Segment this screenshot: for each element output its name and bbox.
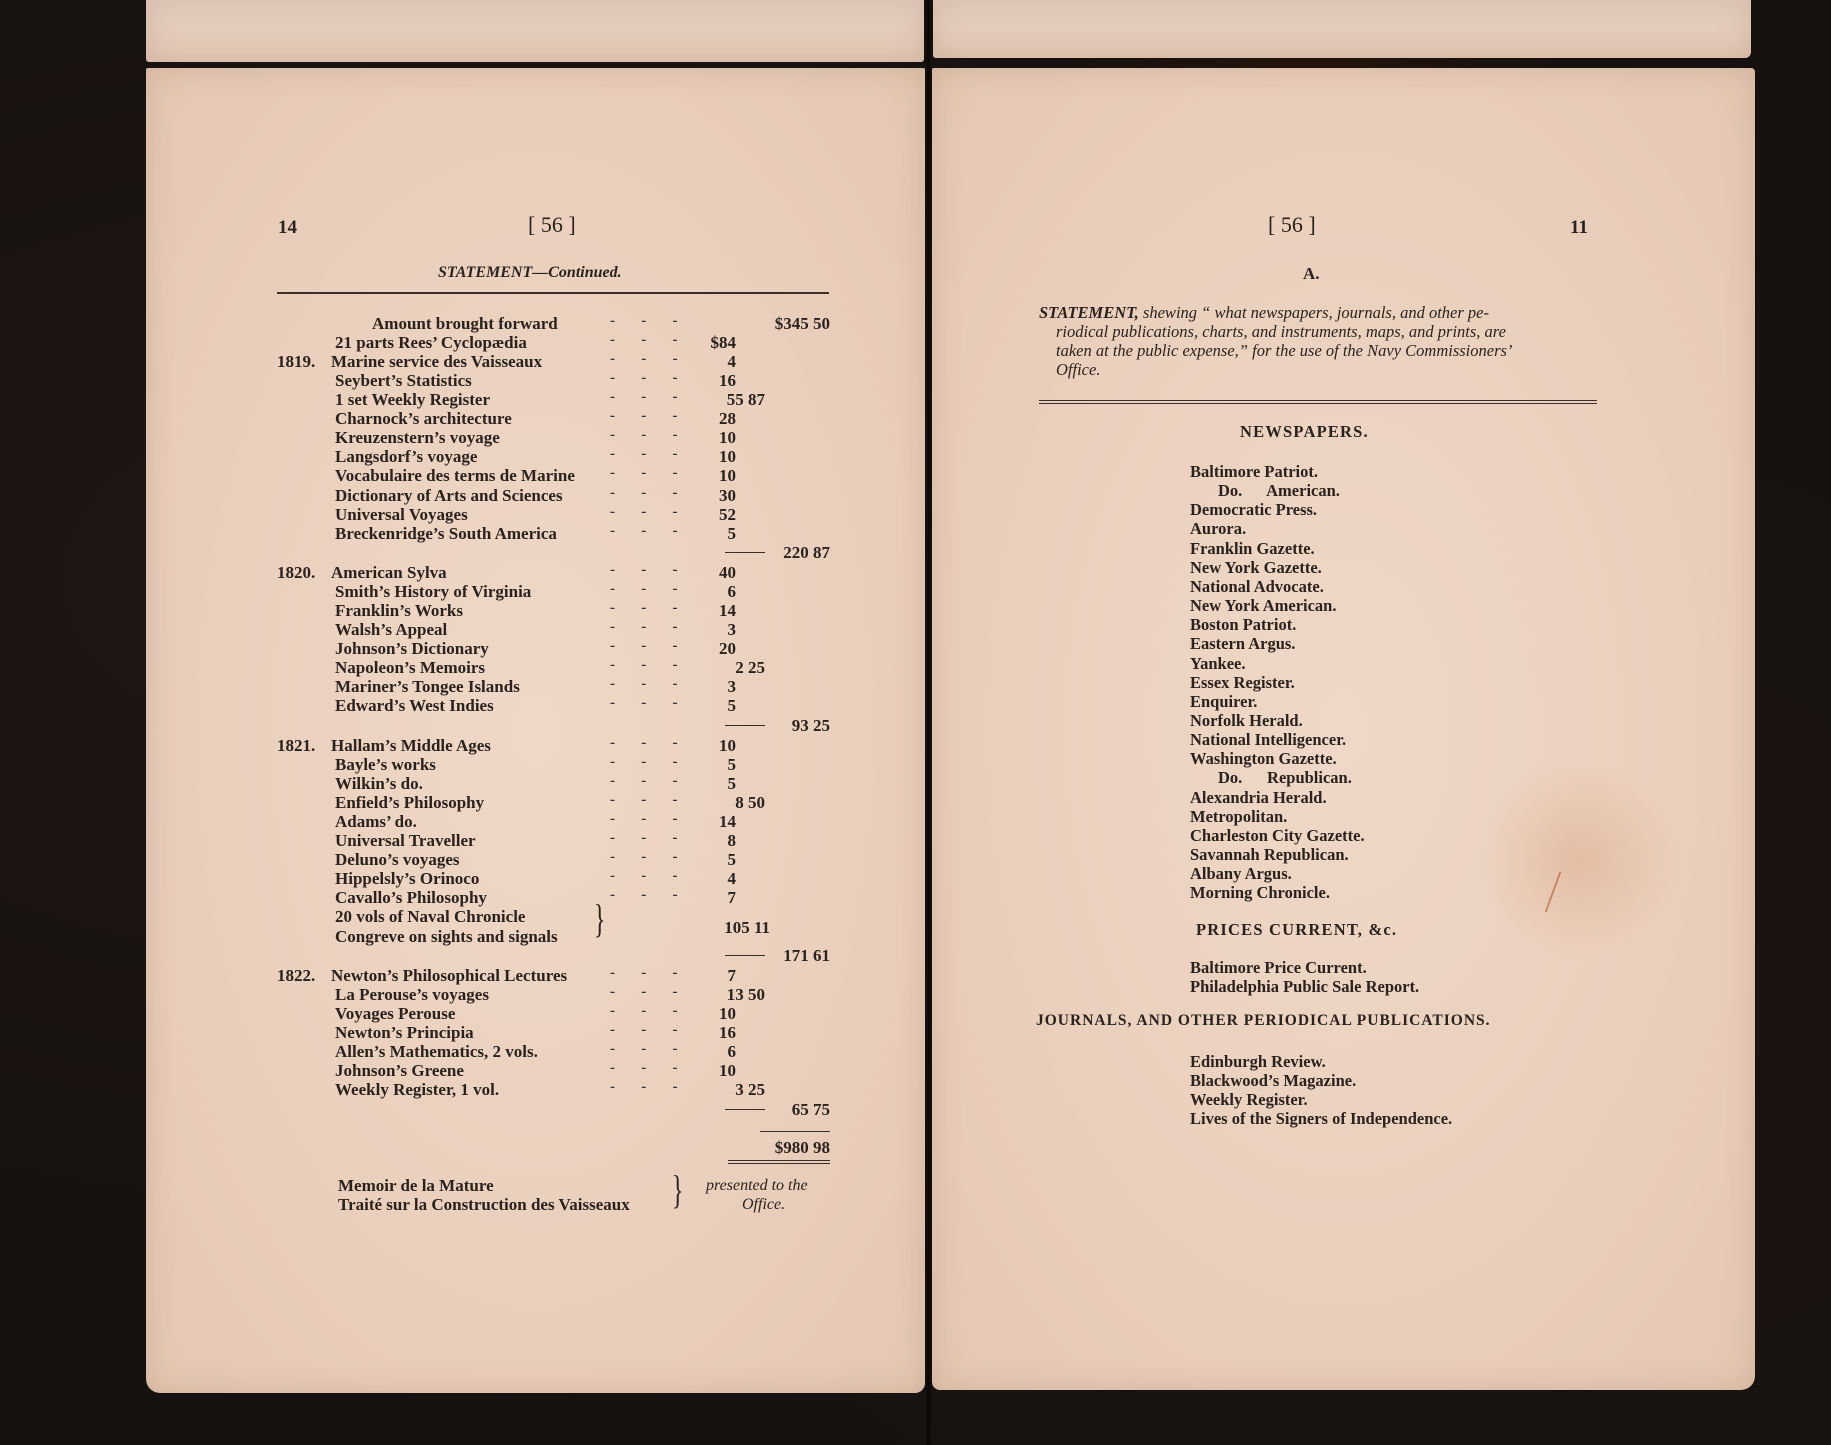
row-amount: 5: [680, 774, 736, 793]
list-item: Metropolitan.: [1190, 807, 1287, 826]
section-title-newspapers: NEWSPAPERS.: [1240, 422, 1369, 442]
leader-dashes: - - -: [610, 389, 678, 406]
leader-dashes: - - -: [610, 638, 678, 655]
right-page: [932, 68, 1755, 1390]
row-amount: 6: [680, 1042, 736, 1061]
leader-dashes: - - -: [610, 619, 678, 636]
leader-dashes: - - -: [610, 830, 678, 847]
list-item: Alexandria Herald.: [1190, 788, 1327, 807]
row-item: Enfield’s Philosophy: [335, 793, 484, 812]
year-subtotal: 93 25: [740, 716, 830, 735]
list-item: Democratic Press.: [1190, 500, 1317, 519]
grand-total: $980 98: [720, 1138, 830, 1157]
leader-dashes: - - -: [610, 695, 678, 712]
list-item: Charleston City Gazette.: [1190, 826, 1365, 845]
header-rule: [1039, 400, 1597, 404]
row-item: Allen’s Mathematics, 2 vols.: [335, 1042, 538, 1061]
row-item: Adams’ do.: [335, 812, 417, 831]
row-item: Cavallo’s Philosophy: [335, 888, 487, 907]
list-item: Blackwood’s Magazine.: [1190, 1071, 1356, 1090]
page-number: 11: [1570, 218, 1588, 237]
row-item: Voyages Perouse: [335, 1004, 455, 1023]
row-item: Napoleon’s Memoirs: [335, 658, 485, 677]
row-amount: 7: [680, 888, 736, 907]
folded-flap-left: [146, 0, 924, 62]
row-item: Dictionary of Arts and Sciences: [335, 486, 563, 505]
leader-dashes: - - -: [610, 1079, 678, 1096]
year-subtotal: 220 87: [740, 543, 830, 562]
row-item: Wilkin’s do.: [335, 774, 423, 793]
row-item: Charnock’s architecture: [335, 409, 512, 428]
row-item: Universal Voyages: [335, 505, 468, 524]
row-item: Smith’s History of Virginia: [335, 582, 531, 601]
brace-icon: }: [594, 899, 606, 939]
row-item: Breckenridge’s South America: [335, 524, 557, 543]
row-item: Marine service des Vaisseaux: [331, 352, 542, 371]
statement-text: riodical publications, charts, and instr…: [1056, 322, 1506, 341]
row-year: 1822.: [277, 966, 315, 985]
statement-intro: STATEMENT, shewing “ what newspapers, jo…: [1039, 303, 1489, 322]
row-item: Bayle’s works: [335, 755, 436, 774]
row-item: 21 parts Rees’ Cyclopædia: [335, 333, 527, 352]
row-item: Hallam’s Middle Ages: [331, 736, 491, 755]
row-amount: 4: [680, 352, 736, 371]
row-amount: 3: [680, 677, 736, 696]
row-item: Walsh’s Appeal: [335, 620, 447, 639]
row-item: American Sylva: [331, 563, 447, 582]
list-item: Enquirer.: [1190, 692, 1257, 711]
row-amount: 4: [680, 869, 736, 888]
row-amount: 14: [680, 601, 736, 620]
document-number: [ 56 ]: [528, 215, 576, 234]
list-item: Yankee.: [1190, 654, 1245, 673]
presented-note: presented to the: [706, 1176, 808, 1195]
leader-dashes: - - -: [610, 1041, 678, 1058]
leader-dashes: - - -: [610, 332, 678, 349]
list-item: Norfolk Herald.: [1190, 711, 1303, 730]
list-item: Albany Argus.: [1190, 864, 1292, 883]
year-subtotal: 171 61: [740, 946, 830, 965]
total-rule: [760, 1131, 830, 1132]
list-item: Franklin Gazette.: [1190, 539, 1315, 558]
section-title-journals: JOURNALS, AND OTHER PERIODICAL PUBLICATI…: [1036, 1012, 1491, 1030]
book-gutter: [925, 0, 932, 1445]
list-item: Do. American.: [1218, 481, 1340, 500]
row-amount: 8 50: [690, 793, 765, 812]
foxing-stain: [1480, 760, 1680, 960]
list-item: Boston Patriot.: [1190, 615, 1296, 634]
row-amount: 10: [680, 736, 736, 755]
row-amount: 5: [680, 850, 736, 869]
row-amount: 6: [680, 582, 736, 601]
row-item: Seybert’s Statistics: [335, 371, 472, 390]
row-item: Newton’s Principia: [335, 1023, 474, 1042]
leader-dashes: - - -: [610, 408, 678, 425]
leader-dashes: - - -: [610, 792, 678, 809]
row-item: Newton’s Philosophical Lectures: [331, 966, 567, 985]
row-item: Mariner’s Tongee Islands: [335, 677, 520, 696]
leader-dashes: - - -: [610, 676, 678, 693]
list-item: Aurora.: [1190, 519, 1246, 538]
row-amount: 2 25: [690, 658, 765, 677]
leader-dashes: - - -: [610, 485, 678, 502]
row-item: Franklin’s Works: [335, 601, 463, 620]
leader-dashes: - - -: [610, 887, 678, 904]
leader-dashes: - - -: [610, 754, 678, 771]
row-amount: 5: [680, 524, 736, 543]
leader-dashes: - - -: [610, 657, 678, 674]
row-item: La Perouse’s voyages: [335, 985, 489, 1004]
row-item: Edward’s West Indies: [335, 696, 494, 715]
header-rule: [277, 292, 829, 294]
row-item: Deluno’s voyages: [335, 850, 460, 869]
leader-dashes: - - -: [610, 562, 678, 579]
leader-dashes: - - -: [610, 1022, 678, 1039]
row-year: 1821.: [277, 736, 315, 755]
row-amount: 10: [680, 466, 736, 485]
leader-dashes: - - -: [610, 446, 678, 463]
document-number: [ 56 ]: [1268, 215, 1316, 234]
statement-text: Office.: [1056, 360, 1100, 379]
list-item: Essex Register.: [1190, 673, 1295, 692]
page-title: STATEMENT—Continued.: [438, 263, 622, 282]
row-amount: 8: [680, 831, 736, 850]
page-number: 14: [278, 218, 297, 237]
row-amount: 10: [680, 447, 736, 466]
row-year: 1819.: [277, 352, 315, 371]
leader-dashes: - - -: [610, 868, 678, 885]
row-amount: 14: [680, 812, 736, 831]
statement-text: taken at the public expense,” for the us…: [1056, 341, 1512, 360]
leader-dashes: - - -: [610, 849, 678, 866]
list-item: Edinburgh Review.: [1190, 1052, 1326, 1071]
leader-dashes: - - -: [610, 351, 678, 368]
brace-icon: }: [672, 1170, 684, 1210]
year-subtotal: 65 75: [740, 1100, 830, 1119]
leader-dashes: - - -: [610, 370, 678, 387]
presented-item: Memoir de la Mature: [338, 1176, 494, 1195]
row-amount: 10: [680, 428, 736, 447]
leader-dashes: - - -: [610, 313, 678, 330]
leader-dashes: - - -: [610, 773, 678, 790]
row-item: Amount brought forward: [372, 314, 558, 333]
leader-dashes: - - -: [610, 1003, 678, 1020]
row-amount: 5: [680, 696, 736, 715]
statement-lead: STATEMENT,: [1039, 303, 1139, 322]
row-year: 1820.: [277, 563, 315, 582]
leader-dashes: - - -: [610, 984, 678, 1001]
list-item: New York American.: [1190, 596, 1337, 615]
leader-dashes: - - -: [610, 965, 678, 982]
list-item: National Advocate.: [1190, 577, 1324, 596]
row-amount: 30: [680, 486, 736, 505]
bracketed-amount: 105 11: [700, 918, 770, 937]
row-amount: $84: [680, 333, 736, 352]
list-item: Savannah Republican.: [1190, 845, 1349, 864]
list-item: Baltimore Price Current.: [1190, 958, 1367, 977]
list-item: Weekly Register.: [1190, 1090, 1308, 1109]
row-item: Hippelsly’s Orinoco: [335, 869, 479, 888]
list-item: New York Gazette.: [1190, 558, 1322, 577]
list-item: Baltimore Patriot.: [1190, 462, 1318, 481]
list-item: Eastern Argus.: [1190, 634, 1295, 653]
row-item: Johnson’s Greene: [335, 1061, 464, 1080]
leader-dashes: - - -: [610, 735, 678, 752]
row-amount: 20: [680, 639, 736, 658]
leader-dashes: - - -: [610, 811, 678, 828]
row-amount: 10: [680, 1004, 736, 1023]
list-item: Lives of the Signers of Independence.: [1190, 1109, 1452, 1128]
list-item: Morning Chronicle.: [1190, 883, 1330, 902]
row-item: Johnson’s Dictionary: [335, 639, 489, 658]
presented-item: Traité sur la Construction des Vaisseaux: [338, 1195, 630, 1214]
row-amount: 13 50: [690, 985, 765, 1004]
row-item: Congreve on sights and signals: [335, 927, 558, 946]
row-amount: 16: [680, 371, 736, 390]
row-amount: 16: [680, 1023, 736, 1042]
row-item: 20 vols of Naval Chronicle: [335, 907, 525, 926]
presented-note: Office.: [742, 1195, 785, 1214]
leader-dashes: - - -: [610, 523, 678, 540]
row-amount: 28: [680, 409, 736, 428]
leader-dashes: - - -: [610, 427, 678, 444]
row-amount: 3: [680, 620, 736, 639]
row-item: Langsdorf’s voyage: [335, 447, 477, 466]
row-amount: 5: [680, 755, 736, 774]
row-amount: 7: [680, 966, 736, 985]
row-amount: 52: [680, 505, 736, 524]
row-item: Universal Traveller: [335, 831, 476, 850]
leader-dashes: - - -: [610, 581, 678, 598]
row-item: 1 set Weekly Register: [335, 390, 490, 409]
row-amount: 10: [680, 1061, 736, 1080]
list-item: Washington Gazette.: [1190, 749, 1337, 768]
leader-dashes: - - -: [610, 465, 678, 482]
list-item: National Intelligencer.: [1190, 730, 1346, 749]
section-title-prices-current: PRICES CURRENT, &c.: [1196, 920, 1397, 940]
row-amount: 40: [680, 563, 736, 582]
brought-forward-total: $345 50: [740, 314, 830, 333]
list-item: Philadelphia Public Sale Report.: [1190, 977, 1419, 996]
total-double-rule: [728, 1160, 830, 1164]
folded-flap-right: [933, 0, 1751, 58]
row-item: Vocabulaire des terms de Marine: [335, 466, 575, 485]
appendix-letter: A.: [1303, 264, 1320, 283]
row-item: Kreuzenstern’s voyage: [335, 428, 500, 447]
row-item: Weekly Register, 1 vol.: [335, 1080, 499, 1099]
leader-dashes: - - -: [610, 600, 678, 617]
row-amount: 55 87: [690, 390, 765, 409]
statement-text: shewing “ what newspapers, journals, and…: [1139, 303, 1489, 322]
leader-dashes: - - -: [610, 504, 678, 521]
leader-dashes: - - -: [610, 1060, 678, 1077]
list-item: Do. Republican.: [1218, 768, 1352, 787]
row-amount: 3 25: [690, 1080, 765, 1099]
